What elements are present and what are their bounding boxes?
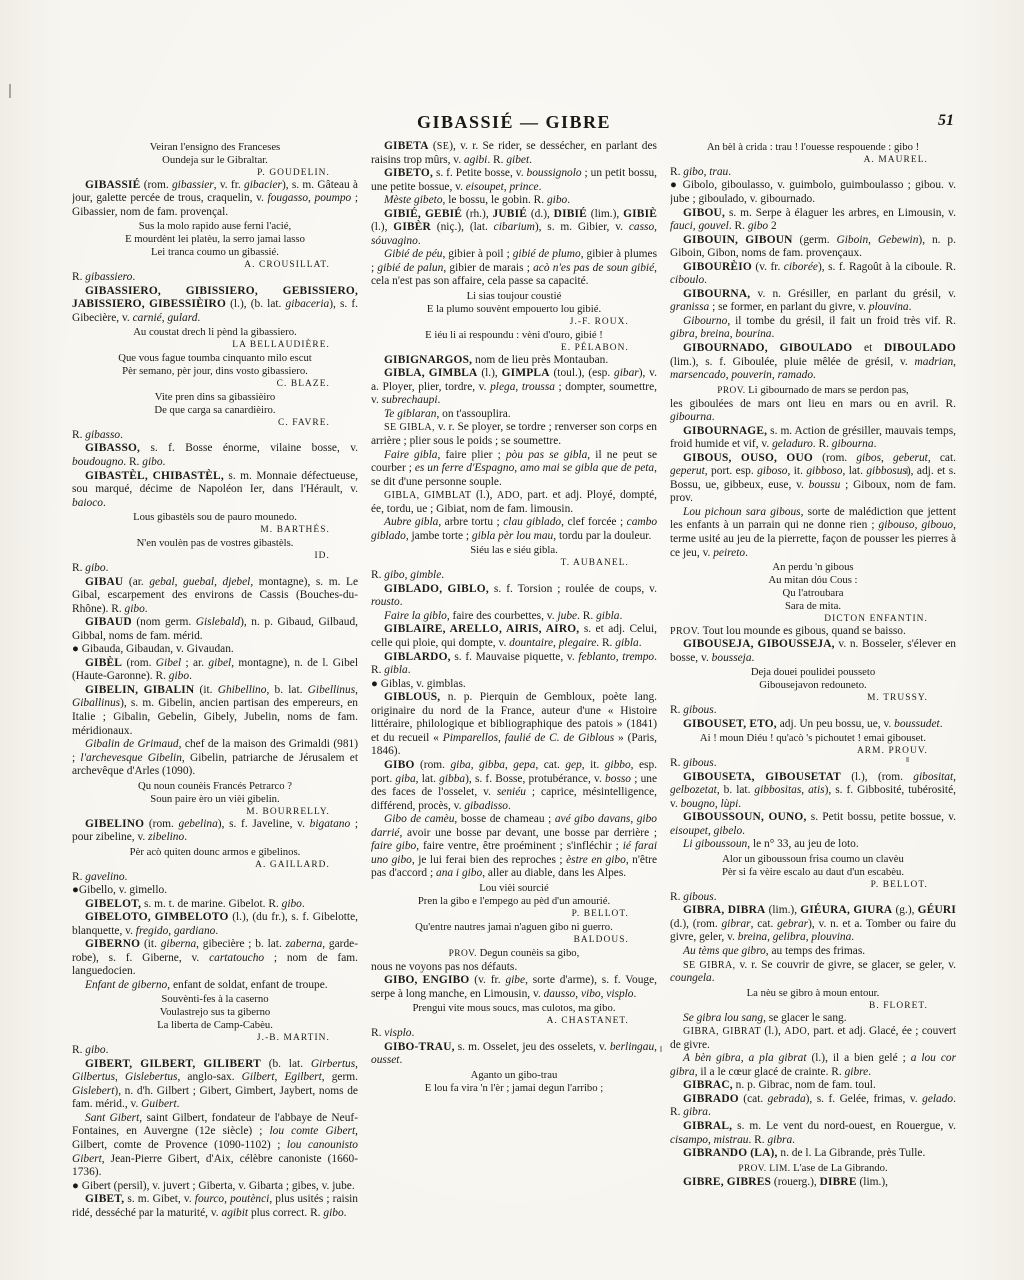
verse-line: PROV. Degun counèis sa gibo, bbox=[371, 947, 657, 961]
column-2: GIBETA (SE), v. r. Se rider, se desséche… bbox=[371, 140, 657, 1262]
dictionary-entry: GIBRANDO (LA), n. de l. La Gibrande, prè… bbox=[670, 1147, 956, 1161]
cross-reference: R. gibous. bbox=[670, 757, 956, 771]
attribution: ID. bbox=[72, 550, 358, 562]
cross-reference: ● Giblas, v. gimblas. bbox=[371, 678, 657, 692]
cross-reference: R. gibo. bbox=[72, 1044, 358, 1058]
column-1: Veiran l'ensigno des FrancesesOundeja su… bbox=[72, 140, 358, 1262]
quotation-verse: Li sias toujour coustiéE la plumo souvèn… bbox=[371, 290, 657, 316]
cross-reference: nous ne voyons pas nos défauts. bbox=[371, 961, 657, 975]
quotation-verse: Pèr acò quiten dounc armos e gibelinos. bbox=[72, 846, 358, 859]
dictionary-entry: GIBRE, GIBRES (rouerg.), DIBRE (lim.), bbox=[670, 1176, 956, 1190]
verse-line: Oundeja sur le Gibraltar. bbox=[72, 154, 358, 167]
attribution: P. GOUDELIN. bbox=[72, 167, 358, 179]
dictionary-entry: GIBASSIERO, GIBISSIERO, GEBISSIERO, JABI… bbox=[72, 285, 358, 326]
dictionary-entry: GIBOUIN, GIBOUN (germ. Giboin, Gebewin),… bbox=[670, 234, 956, 261]
verse-line: La liberta de Camp-Cabèu. bbox=[72, 1019, 358, 1032]
attribution: LA BELLAUDIÈRE. bbox=[72, 339, 358, 351]
verse-line: Sara de mita. bbox=[670, 600, 956, 613]
verse-line: Veiran l'ensigno des Franceses bbox=[72, 141, 358, 154]
example-paragraph: Sant Gibert, saint Gilbert, fondateur de… bbox=[72, 1112, 358, 1180]
page-header: GIBASSIÉ — GIBRE 51 bbox=[72, 112, 956, 136]
attribution: BALDOUS. bbox=[371, 934, 657, 946]
verse-line: Sus la molo rapido ause ferni l'acié, bbox=[72, 220, 358, 233]
quotation-verse: PROV. LIM. L'ase de La Gibrando. bbox=[670, 1162, 956, 1176]
dictionary-entry: GIBETO, s. f. Petite bosse, v. boussigno… bbox=[371, 167, 657, 194]
attribution: E. PÉLABON. bbox=[371, 342, 657, 354]
attribution: A. CROUSILLAT. bbox=[72, 259, 358, 271]
verse-line: Souvènti-fes à la caserno bbox=[72, 993, 358, 1006]
quotation-verse: Prengui vite mous soucs, mas culotos, ma… bbox=[371, 1002, 657, 1015]
dictionary-entry: GIBOUSSOUN, OUNO, s. Petit bossu, petite… bbox=[670, 811, 956, 838]
attribution: C. FAVRE. bbox=[72, 417, 358, 429]
dictionary-entry: GIBÈL (rom. Gibel ; ar. gibel, montagne)… bbox=[72, 657, 358, 684]
cross-reference: R. gavelino. bbox=[72, 871, 358, 885]
quotation-verse: Siéu las e siéu gibla. bbox=[371, 544, 657, 557]
quotation-verse: PROV. Li gibournado de mars se perdon pa… bbox=[670, 384, 956, 398]
quotation-verse: Deja douei poulidei poussetoGibousejavon… bbox=[670, 666, 956, 692]
quotation-verse: Vite pren dins sa gibassièiroDe que carg… bbox=[72, 391, 358, 417]
dictionary-entry: GIBOUSETA, GIBOUSETAT (l.), (rom. gibosi… bbox=[670, 771, 956, 812]
dictionary-entry: GIBRA, GIBRAT (l.), ADO, part. et adj. G… bbox=[670, 1025, 956, 1052]
dictionary-entry: GIBELOTO, GIMBELOTO (l.), (du fr.), s. f… bbox=[72, 911, 358, 938]
quotation-verse: Lous gibastèls sou de pauro mounedo. bbox=[72, 511, 358, 524]
dictionary-entry: GIBRAL, s. m. Le vent du nord-ouest, en … bbox=[670, 1120, 956, 1147]
example-paragraph: Gibalin de Grimaud, chef de la maison de… bbox=[72, 738, 358, 779]
verse-line: Li sias toujour coustié bbox=[371, 290, 657, 303]
verse-line: Pèr acò quiten dounc armos e gibelinos. bbox=[72, 846, 358, 859]
example-paragraph: Faire la giblo, faire des courbettes, v.… bbox=[371, 610, 657, 624]
quotation-verse: N'en voulèn pas de vostres gibastèls. bbox=[72, 537, 358, 550]
verse-line: La nèu se gibro à moun entour. bbox=[670, 987, 956, 1000]
dictionary-entry: GIBOU, s. m. Serpe à élaguer les arbres,… bbox=[670, 207, 956, 234]
verse-line: Pren la gibo e l'empego au pèd d'un amou… bbox=[371, 895, 657, 908]
dictionary-entry: GIBO (rom. giba, gibba, gepa, cat. gep, … bbox=[371, 759, 657, 813]
cross-reference: R. visplo. bbox=[371, 1027, 657, 1041]
cross-reference: PROV. Tout lou mounde es gibous, quand s… bbox=[670, 625, 956, 639]
cross-reference: R. gibous. bbox=[670, 891, 956, 905]
verse-line: De que carga sa canardièiro. bbox=[72, 404, 358, 417]
cross-reference: R. gibasso. bbox=[72, 429, 358, 443]
cross-reference: R. gibous. bbox=[670, 704, 956, 718]
dictionary-entry: GIBELIN, GIBALIN (it. Ghibellino, b. lat… bbox=[72, 684, 358, 738]
verse-line: Qu l'atroubara bbox=[670, 587, 956, 600]
verse-line: Au mitan dóu Cous : bbox=[670, 574, 956, 587]
example-paragraph: Te giblaran, on t'assouplira. bbox=[371, 408, 657, 422]
cross-reference: R. gibassiero. bbox=[72, 271, 358, 285]
quotation-verse: Veiran l'ensigno des FrancesesOundeja su… bbox=[72, 141, 358, 167]
dictionary-entry: GIBIÉ, GEBIÉ (rh.), JUBIÉ (d.), DIBIÉ (l… bbox=[371, 208, 657, 249]
dictionary-entry: GIBERT, GILBERT, GILIBERT (b. lat. Girbe… bbox=[72, 1058, 358, 1112]
attribution: ARM. PROUV. bbox=[670, 745, 956, 757]
dictionary-entry: GIBETA (SE), v. r. Se rider, se desséche… bbox=[371, 140, 657, 167]
quotation-verse: An bèl à crida : trau ! l'ouesse respoue… bbox=[670, 141, 956, 154]
dictionary-entry: GIBERNO (it. giberna, gibecière ; b. lat… bbox=[72, 938, 358, 979]
dictionary-entry: GIBASSO, s. f. Bosse énorme, vilaine bos… bbox=[72, 442, 358, 469]
attribution: J.-B. MARTIN. bbox=[72, 1032, 358, 1044]
dictionary-entry: GIBOUSET, ETO, adj. Un peu bossu, ue, v.… bbox=[670, 718, 956, 732]
page-number: 51 bbox=[938, 112, 954, 130]
verse-line: An bèl à crida : trau ! l'ouesse respoue… bbox=[670, 141, 956, 154]
dictionary-entry: GIBASTÈL, CHIBASTÈL, s. m. Monnaie défec… bbox=[72, 470, 358, 511]
dictionary-entry: GIBRADO (cat. gebrada), s. f. Gelée, fri… bbox=[670, 1093, 956, 1120]
example-paragraph: Faire gibla, faire plier ; pòu pas se gi… bbox=[371, 449, 657, 490]
dictionary-entry: GIBLA, GIMBLA (l.), GIMPLA (toul.), (esp… bbox=[371, 367, 657, 408]
quotation-verse: Que vous fague toumba cinquanto milo esc… bbox=[72, 352, 358, 378]
cross-reference: ●Gibello, v. gimello. bbox=[72, 884, 358, 898]
verse-line: Lou vièi sourcié bbox=[371, 882, 657, 895]
dictionary-entry: GIBOURNADO, GIBOULADO et DIBOULADO (lim.… bbox=[670, 342, 956, 383]
cross-reference: ● Gibolo, giboulasso, v. guimbolo, guimb… bbox=[670, 179, 956, 206]
attribution: A. GAILLARD. bbox=[72, 859, 358, 871]
quotation-verse: Souvènti-fes à la casernoVoulastrejo sus… bbox=[72, 993, 358, 1032]
dictionary-entry: GIBAU (ar. gebal, guebal, djebel, montag… bbox=[72, 576, 358, 617]
verse-line: Que vous fague toumba cinquanto milo esc… bbox=[72, 352, 358, 365]
quotation-verse: Qu'entre nautres jamai n'aguen gibo ni g… bbox=[371, 921, 657, 934]
example-paragraph: Gibié de péu, gibier à poil ; gibié de p… bbox=[371, 248, 657, 289]
verse-line: Ai ! moun Diéu ! qu'acò 's pichoutet ! e… bbox=[670, 732, 956, 745]
dictionary-entry: GIBAUD (nom germ. Gislebald), n. p. Giba… bbox=[72, 616, 358, 643]
verse-line: E la plumo souvènt empouerto lou gibié. bbox=[371, 303, 657, 316]
cross-reference: ● Gibert (persil), v. juvert ; Giberta, … bbox=[72, 1180, 358, 1194]
example-paragraph: Au tèms que gibro, au temps des frimas. bbox=[670, 945, 956, 959]
dictionary-entry: SE GIBLA, v. r. Se ployer, se tordre ; r… bbox=[371, 421, 657, 448]
dictionary-entry: GIBLADO, GIBLO, s. f. Torsion ; roulée d… bbox=[371, 583, 657, 610]
verse-line: E lou fa vira 'n l'èr ; jamai degun l'ar… bbox=[371, 1082, 657, 1095]
dictionary-entry: GIBOURNAGE, s. m. Action de grésiller, m… bbox=[670, 425, 956, 452]
attribution: P. BELLOT. bbox=[371, 908, 657, 920]
quotation-verse: Ai ! moun Diéu ! qu'acò 's pichoutet ! e… bbox=[670, 732, 956, 745]
example-paragraph: A bèn gibra, a pla gibrat (l.), il a bie… bbox=[670, 1052, 956, 1079]
attribution: A. MAUREL. bbox=[670, 154, 956, 166]
example-paragraph: Gibo de camèu, bosse de chameau ; avé gi… bbox=[371, 813, 657, 881]
verse-line: Siéu las e siéu gibla. bbox=[371, 544, 657, 557]
example-paragraph: Enfant de giberno, enfant de soldat, enf… bbox=[72, 979, 358, 993]
verse-line: Pèr semano, pèr jour, dins vosto gibassi… bbox=[72, 365, 358, 378]
dictionary-entry: GIBLAIRE, ARELLO, AIRIS, AIRO, s. et adj… bbox=[371, 623, 657, 650]
attribution: J.-F. ROUX. bbox=[371, 316, 657, 328]
verse-line: Qu noun counèis Francés Petrarco ? bbox=[72, 780, 358, 793]
attribution: B. FLORET. bbox=[670, 1000, 956, 1012]
verse-line: Deja douei poulidei pousseto bbox=[670, 666, 956, 679]
dictionary-entry: GIBIGNARGOS, nom de lieu près Montauban. bbox=[371, 354, 657, 368]
dictionary-entry: GIBO, ENGIBO (v. fr. gibe, sorte d'arme)… bbox=[371, 974, 657, 1001]
verse-line: E iéu li ai respoundu : vèni d'ouro, gib… bbox=[371, 329, 657, 342]
verse-line: Voulastrejo sus ta giberno bbox=[72, 1006, 358, 1019]
dictionary-entry: GIBO-TRAU, s. m. Osselet, jeu des ossele… bbox=[371, 1041, 657, 1068]
verse-line: An perdu 'n gibous bbox=[670, 561, 956, 574]
verse-line: PROV. Li gibournado de mars se perdon pa… bbox=[670, 384, 956, 398]
verse-line: Gibousejavon redouneto. bbox=[670, 679, 956, 692]
dictionary-entry: GIBASSIÉ (rom. gibassier, v. fr. gibacie… bbox=[72, 179, 358, 220]
attribution: A. CHASTANET. bbox=[371, 1015, 657, 1027]
dictionary-entry: SE GIBRA, v. r. Se couvrir de givre, se … bbox=[670, 959, 956, 986]
dictionary-entry: GIBOUSEJA, GIBOUSSEJA, v. n. Bosseler, s… bbox=[670, 638, 956, 665]
attribution: M. TRUSSY. bbox=[670, 692, 956, 704]
quotation-verse: An perdu 'n gibousAu mitan dóu Cous :Qu … bbox=[670, 561, 956, 613]
quotation-verse: Lou vièi sourciéPren la gibo e l'empego … bbox=[371, 882, 657, 908]
verse-line: Qu'entre nautres jamai n'aguen gibo ni g… bbox=[371, 921, 657, 934]
example-paragraph: Li giboussoun, le n° 33, au jeu de loto. bbox=[670, 838, 956, 852]
attribution: C. BLAZE. bbox=[72, 378, 358, 390]
verse-line: Alor un giboussoun frisa coumo un clavèu bbox=[670, 853, 956, 866]
cross-reference: R. gibo, gimble. bbox=[371, 569, 657, 583]
verse-line: E mourdènt lei platèu, la serro jamai la… bbox=[72, 233, 358, 246]
example-paragraph: Aubre gibla, arbre tortu ; clau giblado,… bbox=[371, 516, 657, 543]
example-paragraph: Se gibra lou sang, se glacer le sang. bbox=[670, 1012, 956, 1026]
quotation-verse: E iéu li ai respoundu : vèni d'ouro, gib… bbox=[371, 329, 657, 342]
example-paragraph: Mèste gibeto, le bossu, le gobin. R. gib… bbox=[371, 194, 657, 208]
dictionary-entry: GIBELINO (rom. gebelina), s. f. Javeline… bbox=[72, 818, 358, 845]
quotation-verse: PROV. Degun counèis sa gibo, bbox=[371, 947, 657, 961]
verse-line: PROV. LIM. L'ase de La Gibrando. bbox=[670, 1162, 956, 1176]
example-paragraph: Lou pichoun sara gibous, sorte de malédi… bbox=[670, 506, 956, 560]
verse-line: N'en voulèn pas de vostres gibastèls. bbox=[72, 537, 358, 550]
dictionary-entry: GIBOURNA, v. n. Grésiller, en parlant du… bbox=[670, 288, 956, 315]
text-columns: Veiran l'ensigno des FrancesesOundeja su… bbox=[72, 140, 956, 1262]
scan-speck bbox=[9, 84, 11, 98]
attribution: P. BELLOT. bbox=[670, 879, 956, 891]
attribution: T. AUBANEL. bbox=[371, 557, 657, 569]
verse-line: Aganto un gibo-trau bbox=[371, 1069, 657, 1082]
cross-reference: R. gibo. bbox=[72, 562, 358, 576]
dictionary-entry: GIBLA, GIMBLAT (l.), ADO, part. et adj. … bbox=[371, 489, 657, 516]
verse-line: Au coustat drech li pènd la gibassiero. bbox=[72, 326, 358, 339]
dictionary-entry: GIBOUS, OUSO, OUO (rom. gibos, geberut, … bbox=[670, 452, 956, 506]
cross-reference: R. gibo, trau. bbox=[670, 166, 956, 180]
quotation-verse: Sus la molo rapido ause ferni l'acié,E m… bbox=[72, 220, 358, 259]
dictionary-entry: GIBRAC, n. p. Gibrac, nom de fam. toul. bbox=[670, 1079, 956, 1093]
cross-reference: les giboulées de mars ont lieu en mars o… bbox=[670, 398, 956, 425]
verse-line: Vite pren dins sa gibassièiro bbox=[72, 391, 358, 404]
running-title: GIBASSIÉ — GIBRE bbox=[72, 112, 956, 133]
verse-line: Pèr si fa vèire escalo au daut d'un esca… bbox=[670, 866, 956, 879]
verse-line: Lei tranca coumo un gibassié. bbox=[72, 246, 358, 259]
dictionary-entry: GIBLOUS, n. p. Pierquin de Gembloux, poè… bbox=[371, 691, 657, 759]
dictionary-entry: GIBRA, DIBRA (lim.), GIÉURA, GIURA (g.),… bbox=[670, 904, 956, 945]
quotation-verse: Au coustat drech li pènd la gibassiero. bbox=[72, 326, 358, 339]
cross-reference: ● Gibauda, Gibaudan, v. Givaudan. bbox=[72, 643, 358, 657]
attribution: DICTON ENFANTIN. bbox=[670, 613, 956, 625]
example-paragraph: Gibourno, il tombe du grésil, il fait un… bbox=[670, 315, 956, 342]
attribution: M. BARTHÉS. bbox=[72, 524, 358, 536]
quotation-verse: Aganto un gibo-trauE lou fa vira 'n l'èr… bbox=[371, 1069, 657, 1095]
quotation-verse: La nèu se gibro à moun entour. bbox=[670, 987, 956, 1000]
column-3: An bèl à crida : trau ! l'ouesse respoue… bbox=[670, 140, 956, 1262]
dictionary-entry: GIBLARDO, s. f. Mauvaise piquette, v. fe… bbox=[371, 651, 657, 678]
attribution: M. BOURRELLY. bbox=[72, 806, 358, 818]
dictionary-entry: GIBOURÈIO (v. fr. ciborée), s. f. Ragoût… bbox=[670, 261, 956, 288]
verse-line: Prengui vite mous soucs, mas culotos, ma… bbox=[371, 1002, 657, 1015]
verse-line: Soun paire èro un vièi gibelin. bbox=[72, 793, 358, 806]
dictionary-entry: GIBET, s. m. Gibet, v. fourco, poutènci,… bbox=[72, 1193, 358, 1220]
quotation-verse: Qu noun counèis Francés Petrarco ?Soun p… bbox=[72, 780, 358, 806]
dictionary-entry: GIBELOT, s. m. t. de marine. Gibelot. R.… bbox=[72, 898, 358, 912]
verse-line: Lous gibastèls sou de pauro mounedo. bbox=[72, 511, 358, 524]
quotation-verse: Alor un giboussoun frisa coumo un clavèu… bbox=[670, 853, 956, 879]
